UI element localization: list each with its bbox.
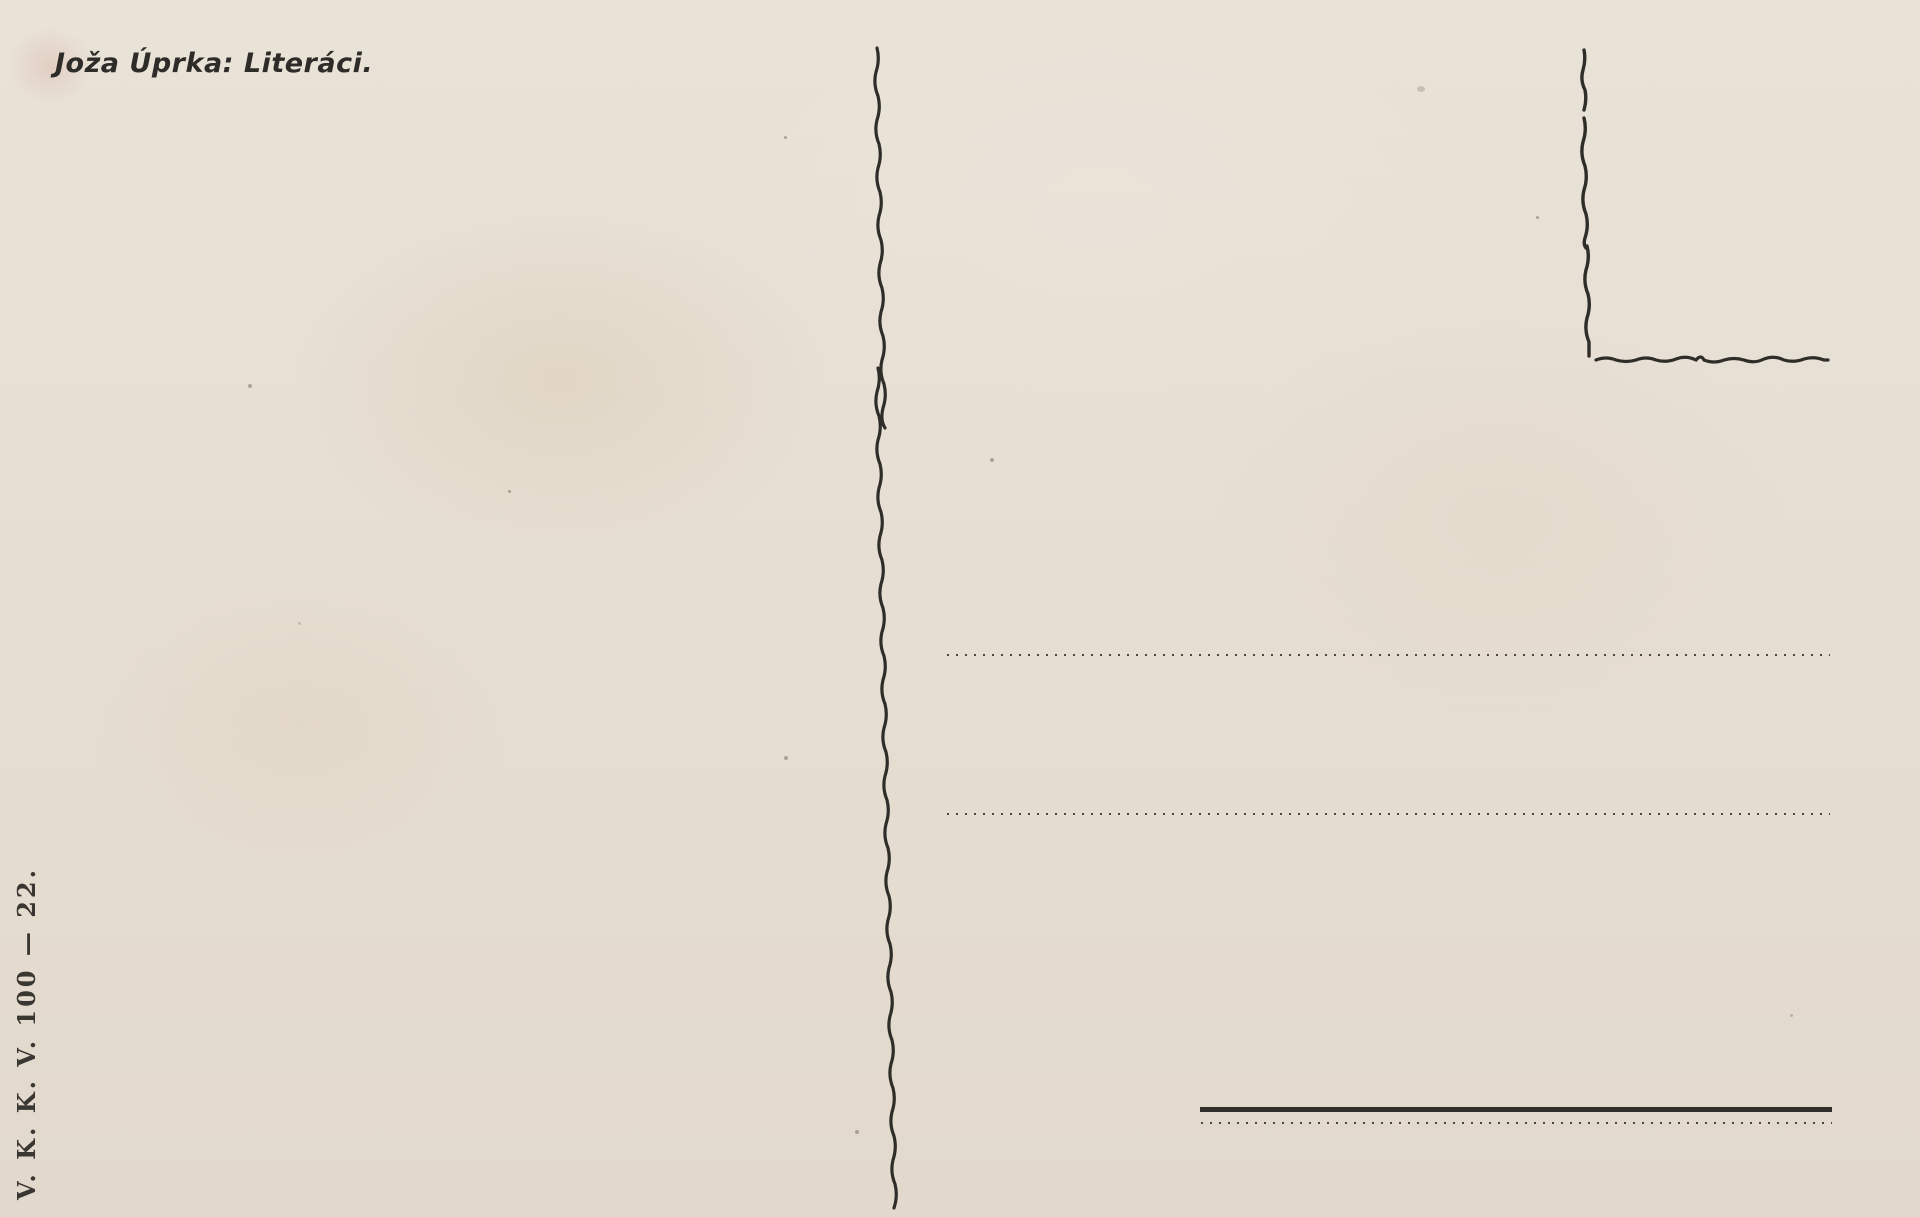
paper-speck xyxy=(298,622,301,625)
postcard-rules xyxy=(0,0,1920,1217)
paper-speck xyxy=(784,756,788,760)
paper-speck xyxy=(508,490,511,493)
paper-speck xyxy=(784,136,787,139)
center-divider xyxy=(875,48,896,1208)
postcard-back: Joža Úprka: Literáci. V. K. K. V. 100 — … xyxy=(0,0,1920,1217)
stamp-box-bottom-edge xyxy=(1596,357,1828,362)
paper-speck xyxy=(1536,216,1539,219)
paper-speck xyxy=(990,458,994,462)
paper-speck xyxy=(855,1130,859,1134)
paper-speck xyxy=(1790,1014,1793,1017)
stamp-box-left-edge xyxy=(1582,50,1589,356)
paper-speck xyxy=(248,384,252,388)
address-bottom-rule xyxy=(1200,1107,1832,1112)
paper-speck xyxy=(1417,86,1425,92)
